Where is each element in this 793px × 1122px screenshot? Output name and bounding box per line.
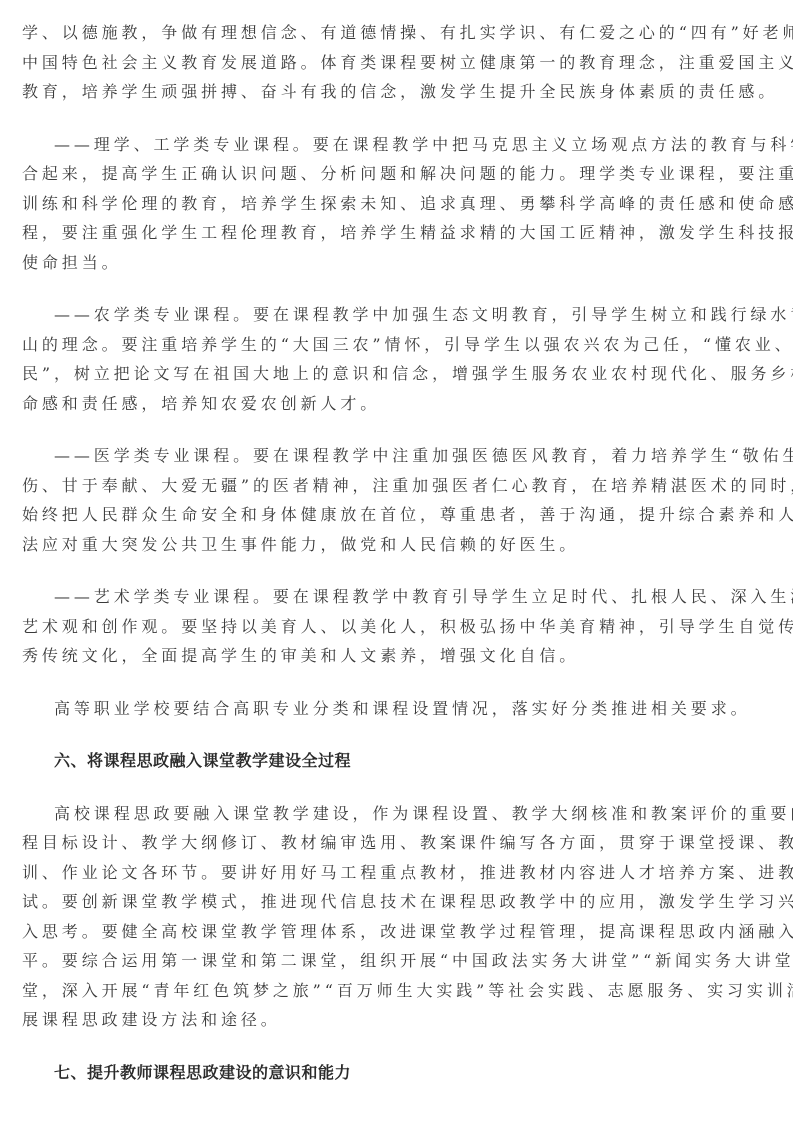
- text-line: 高校课程思政要融入课堂教学建设，作为课程设置、教学大纲核准和教案评价的重要内容，…: [22, 799, 766, 829]
- text-line: 使命担当。: [22, 248, 766, 278]
- text-line: 入思考。要健全高校课堂教学管理体系，改进课堂教学过程管理，提高课程思政内涵融入课…: [22, 917, 766, 947]
- text-line: ——艺术学类专业课程。要在课程教学中教育引导学生立足时代、扎根人民、深入生活，树…: [22, 582, 766, 612]
- text-line: 艺术观和创作观。要坚持以美育人、以美化人，积极弘扬中华美育精神，引导学生自觉传承…: [22, 612, 766, 642]
- text-line: 试。要创新课堂教学模式，推进现代信息技术在课程思政教学中的应用，激发学生学习兴趣…: [22, 887, 766, 917]
- text-line: 教育，培养学生顽强拼搏、奋斗有我的信念，激发学生提升全民族身体素质的责任感。: [22, 77, 766, 107]
- text-line: 训练和科学伦理的教育，培养学生探索未知、追求真理、勇攀科学高峰的责任感和使命感。…: [22, 189, 766, 219]
- document-page: 学、以德施教，争做有理想信念、有道德情操、有扎实学识、有仁爱之心的“四有”好老师…: [22, 18, 766, 1110]
- section-heading-seven: 七、提升教师课程思政建设的意识和能力: [22, 1058, 766, 1088]
- text-line: 训、作业论文各环节。要讲好用好马工程重点教材，推进教材内容进人才培养方案、进教案…: [22, 858, 766, 888]
- text-line: 伤、甘于奉献、大爱无疆”的医者精神，注重加强医者仁心教育，在培养精湛医术的同时，…: [22, 471, 766, 501]
- paragraph-arts: ——艺术学类专业课程。要在课程教学中教育引导学生立足时代、扎根人民、深入生活，树…: [22, 582, 766, 671]
- paragraph-sports-continued: 学、以德施教，争做有理想信念、有道德情操、有扎实学识、有仁爱之心的“四有”好老师…: [22, 18, 766, 107]
- text-line: 程目标设计、教学大纲修订、教材编审选用、教案课件编写各方面，贯穿于课堂授课、教学…: [22, 828, 766, 858]
- text-line: 命感和责任感，培养知农爱农创新人才。: [22, 389, 766, 419]
- text-line: 法应对重大突发公共卫生事件能力，做党和人民信赖的好医生。: [22, 530, 766, 560]
- text-line: 始终把人民群众生命安全和身体健康放在首位，尊重患者，善于沟通，提升综合素养和人文…: [22, 500, 766, 530]
- text-line: 中国特色社会主义教育发展道路。体育类课程要树立健康第一的教育理念，注重爱国主义教…: [22, 48, 766, 78]
- paragraph-classroom-teaching: 高校课程思政要融入课堂教学建设，作为课程设置、教学大纲核准和教案评价的重要内容，…: [22, 799, 766, 1035]
- text-line: ——医学类专业课程。要在课程教学中注重加强医德医风教育，着力培养学生“敬佑生命、…: [22, 441, 766, 471]
- paragraph-medicine: ——医学类专业课程。要在课程教学中注重加强医德医风教育，着力培养学生“敬佑生命、…: [22, 441, 766, 559]
- text-line: 展课程思政建设方法和途径。: [22, 1005, 766, 1035]
- text-line: 堂，深入开展“青年红色筑梦之旅”“百万师生大实践”等社会实践、志愿服务、实习实训…: [22, 976, 766, 1006]
- text-line: 平。要综合运用第一课堂和第二课堂，组织开展“中国政法实务大讲堂”“新闻实务大讲堂…: [22, 946, 766, 976]
- text-line: 民”，树立把论文写在祖国大地上的意识和信念，增强学生服务农业农村现代化、服务乡村…: [22, 359, 766, 389]
- paragraph-vocational: 高等职业学校要结合高职专业分类和课程设置情况，落实好分类推进相关要求。: [22, 694, 766, 724]
- text-line: 程，要注重强化学生工程伦理教育，培养学生精益求精的大国工匠精神，激发学生科技报国…: [22, 218, 766, 248]
- text-line: 高等职业学校要结合高职专业分类和课程设置情况，落实好分类推进相关要求。: [22, 694, 766, 724]
- text-line: 合起来，提高学生正确认识问题、分析问题和解决问题的能力。理学类专业课程，要注重科…: [22, 159, 766, 189]
- text-line: 学、以德施教，争做有理想信念、有道德情操、有扎实学识、有仁爱之心的“四有”好老师…: [22, 18, 766, 48]
- paragraph-science-engineering: ——理学、工学类专业课程。要在课程教学中把马克思主义立场观点方法的教育与科学精神…: [22, 130, 766, 278]
- paragraph-agriculture: ——农学类专业课程。要在课程教学中加强生态文明教育，引导学生树立和践行绿水青山就…: [22, 300, 766, 418]
- text-line: ——理学、工学类专业课程。要在课程教学中把马克思主义立场观点方法的教育与科学精神…: [22, 130, 766, 160]
- text-line: 秀传统文化，全面提高学生的审美和人文素养，增强文化自信。: [22, 641, 766, 671]
- section-heading-six: 六、将课程思政融入课堂教学建设全过程: [22, 746, 766, 776]
- text-line: ——农学类专业课程。要在课程教学中加强生态文明教育，引导学生树立和践行绿水青山就…: [22, 300, 766, 330]
- text-line: 山的理念。要注重培养学生的“大国三农”情怀，引导学生以强农兴农为己任，“懂农业、…: [22, 330, 766, 360]
